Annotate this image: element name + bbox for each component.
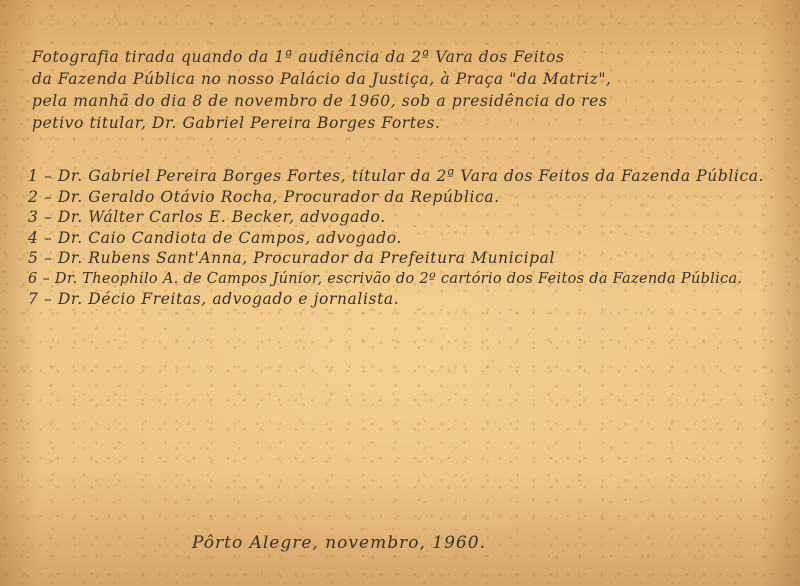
item-text: Dr. Gabriel Pereira Borges Fortes, titul… bbox=[58, 167, 764, 185]
item-number: 1 bbox=[28, 167, 38, 185]
item-number: 7 bbox=[28, 290, 38, 308]
list-item: 1 – Dr. Gabriel Pereira Borges Fortes, t… bbox=[28, 166, 764, 187]
intro-paragraph: Fotografia tirada quando da 1ª audiência… bbox=[32, 46, 612, 134]
item-text: Dr. Theophilo A. de Campos Júnior, escri… bbox=[55, 271, 742, 287]
item-text: Dr. Geraldo Otávio Rocha, Procurador da … bbox=[58, 188, 500, 206]
intro-line: Fotografia tirada quando da 1ª audiência… bbox=[32, 46, 612, 68]
list-item: 5 – Dr. Rubens Sant'Anna, Procurador da … bbox=[28, 248, 764, 269]
people-list: 1 – Dr. Gabriel Pereira Borges Fortes, t… bbox=[28, 166, 764, 310]
item-text: Dr. Décio Freitas, advogado e jornalista… bbox=[58, 290, 399, 308]
list-item: 4 – Dr. Caio Candiota de Campos, advogad… bbox=[28, 228, 764, 249]
intro-line: petivo titular, Dr. Gabriel Pereira Borg… bbox=[32, 112, 612, 134]
list-item: 3 – Dr. Wálter Carlos E. Becker, advogad… bbox=[28, 207, 764, 228]
item-number: 3 bbox=[28, 208, 38, 226]
list-item: 6 – Dr. Theophilo A. de Campos Júnior, e… bbox=[28, 269, 764, 290]
intro-line: da Fazenda Pública no nosso Palácio da J… bbox=[32, 68, 612, 90]
item-number: 4 bbox=[28, 229, 38, 247]
list-item: 2 – Dr. Geraldo Otávio Rocha, Procurador… bbox=[28, 187, 764, 208]
item-number: 6 bbox=[28, 271, 38, 287]
item-text: Dr. Rubens Sant'Anna, Procurador da Pref… bbox=[58, 249, 555, 267]
list-item: 7 – Dr. Décio Freitas, advogado e jornal… bbox=[28, 289, 764, 310]
item-number: 5 bbox=[28, 249, 38, 267]
item-number: 2 bbox=[28, 188, 38, 206]
item-text: Dr. Caio Candiota de Campos, advogado. bbox=[58, 229, 402, 247]
intro-line: pela manhã do dia 8 de novembro de 1960,… bbox=[32, 90, 612, 112]
place-date-signature: Pôrto Alegre, novembro, 1960. bbox=[192, 533, 486, 553]
item-text: Dr. Wálter Carlos E. Becker, advogado. bbox=[58, 208, 386, 226]
